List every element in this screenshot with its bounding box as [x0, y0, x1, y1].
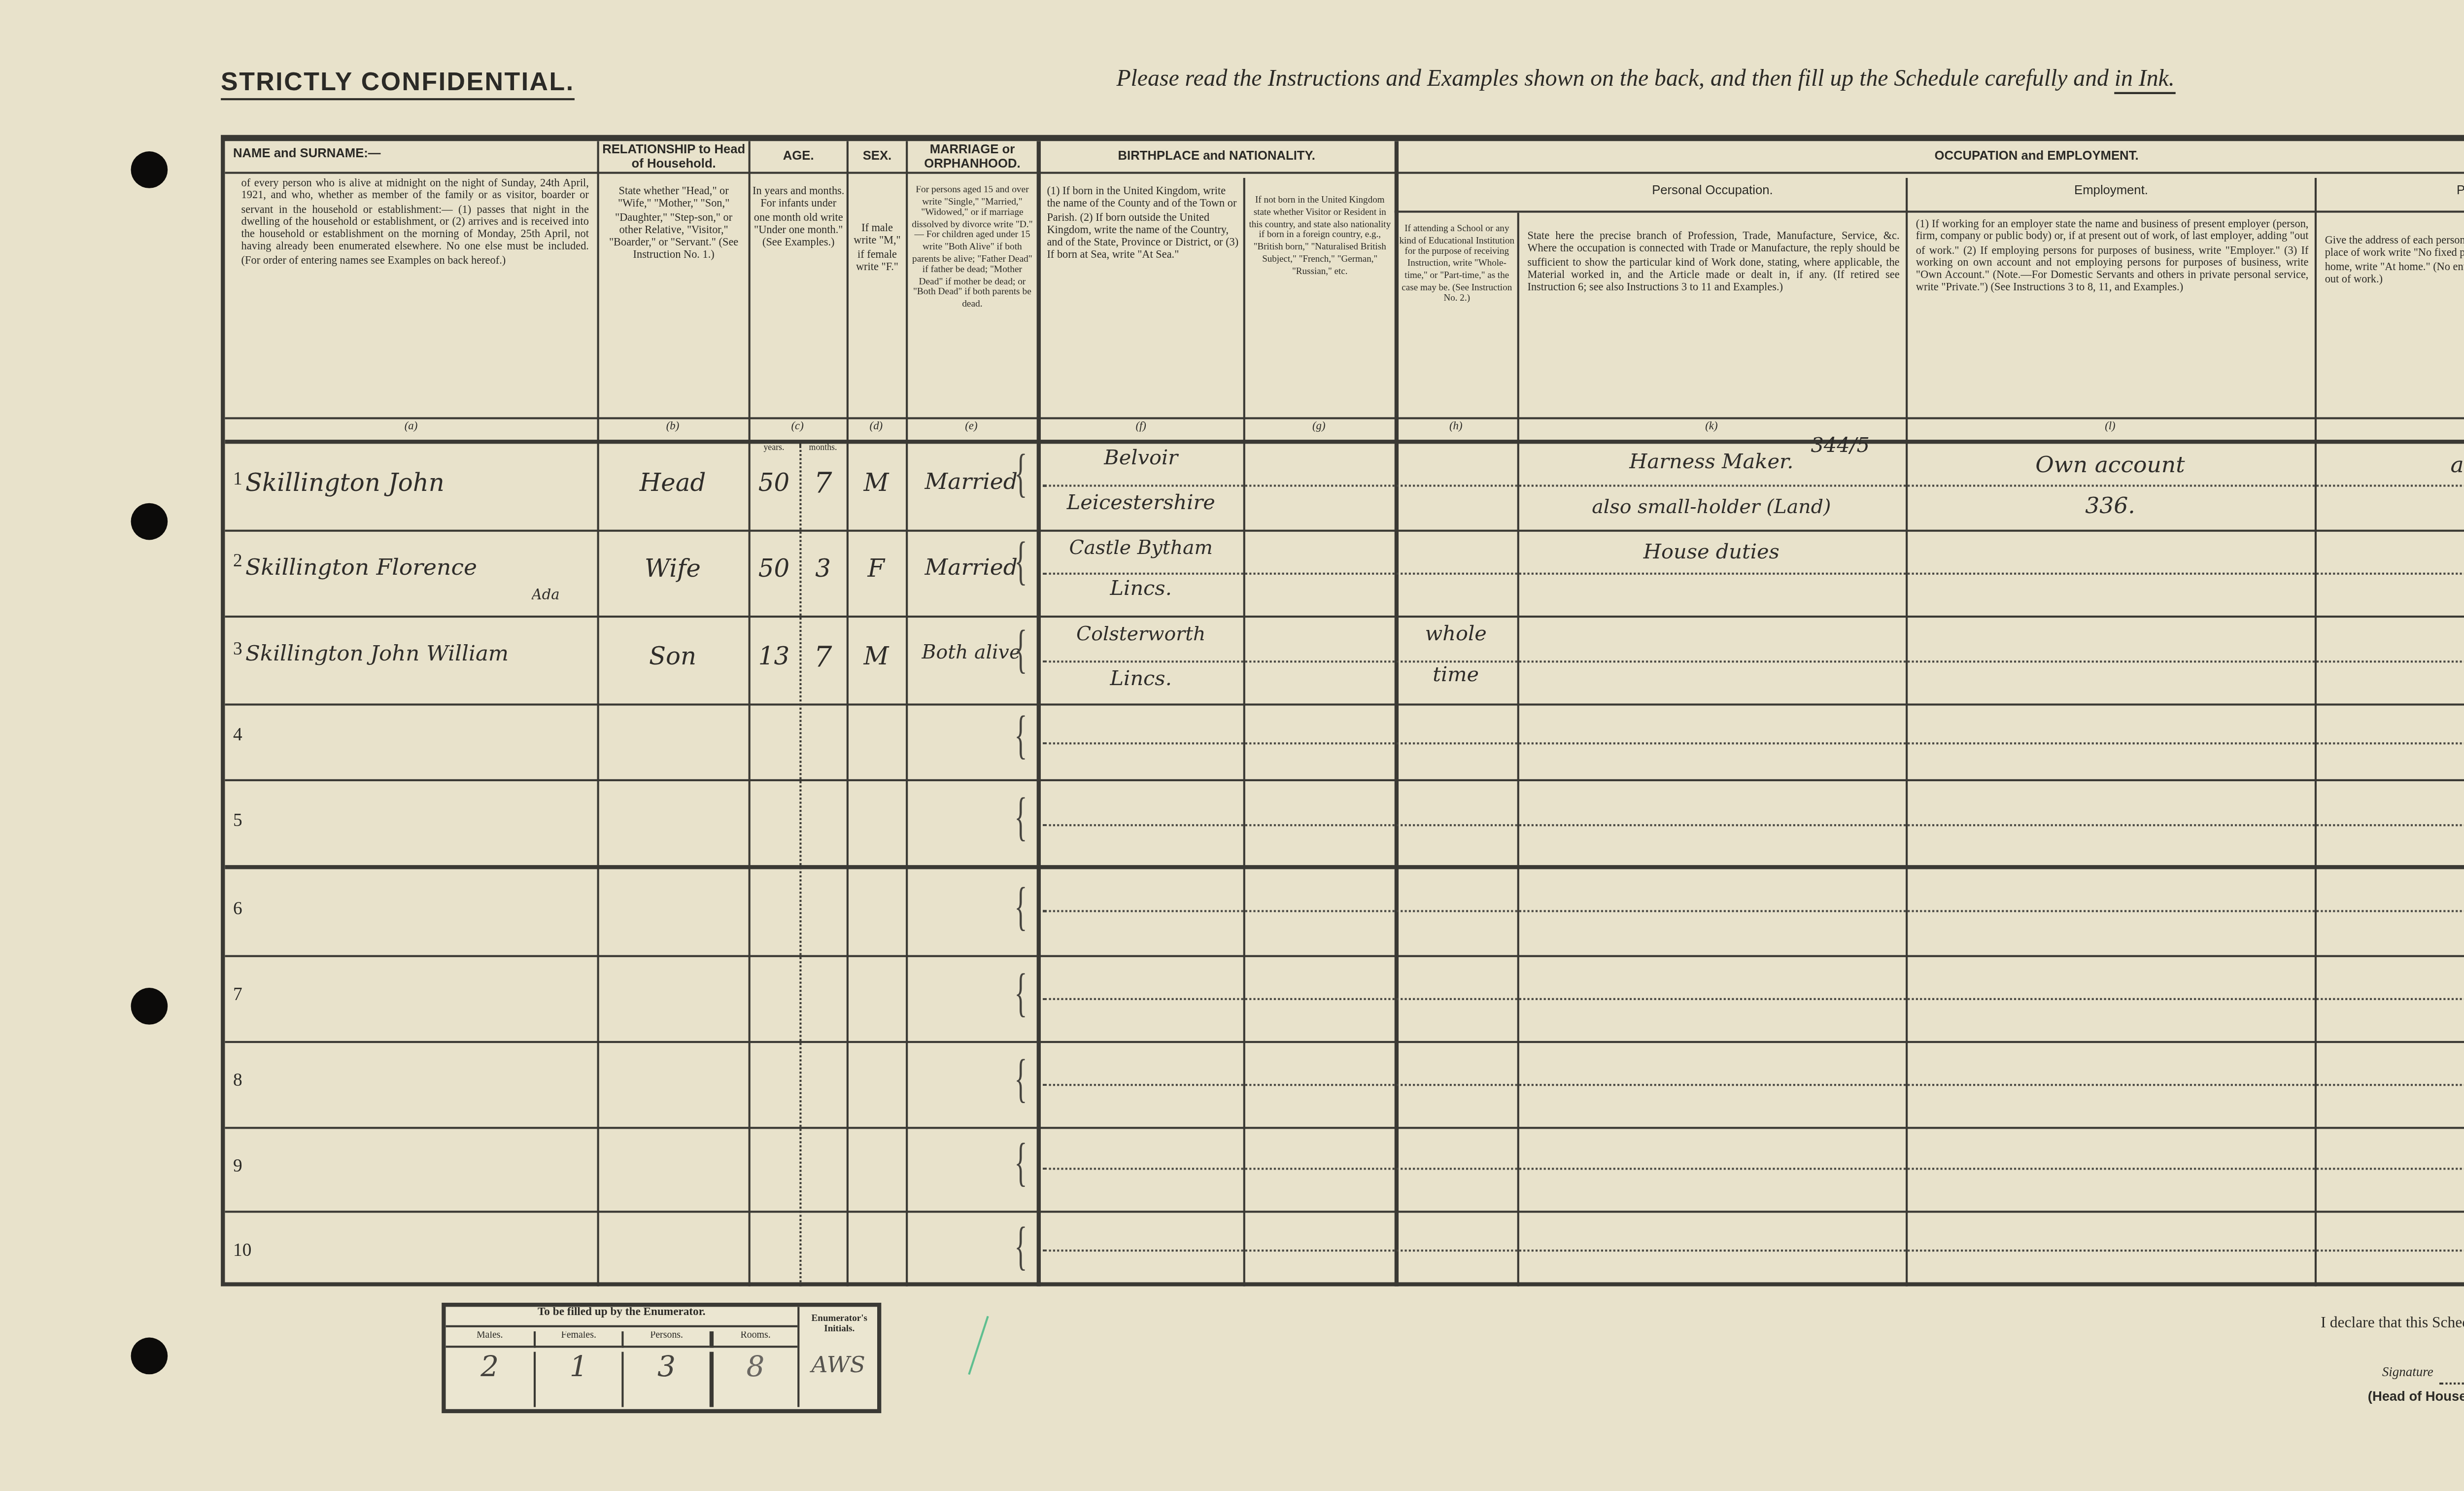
col-d-instructions: If male write "M," if female write "F." — [851, 223, 904, 407]
row3-age-years[interactable]: 13 — [749, 642, 800, 671]
row1-place-of-work[interactable]: at home — [2319, 452, 2464, 479]
col-b-instructions: State whether "Head," or "Wife," "Mother… — [603, 186, 744, 411]
row2-occupation[interactable]: House duties — [1521, 542, 1902, 565]
row-number: 8 — [233, 1070, 242, 1090]
row-number: 9 — [233, 1155, 242, 1176]
row-number: 6 — [233, 898, 242, 918]
row2-birthplace-town[interactable]: Castle Bytham — [1043, 538, 1239, 560]
enum-col-persons: Persons. — [621, 1331, 709, 1348]
punch-hole-icon — [131, 1338, 168, 1375]
col-m-title: Place of Work. — [2317, 184, 2464, 198]
col-g-label: (g) — [1243, 421, 1395, 434]
brace-icon: { — [1015, 1221, 1027, 1274]
col-h-label: (h) — [1395, 421, 1517, 434]
brace-icon: { — [1015, 968, 1027, 1021]
row1-birthplace-town[interactable]: Belvoir — [1043, 448, 1239, 471]
age-months-label: months. — [799, 442, 846, 452]
enum-males-value[interactable]: 2 — [446, 1352, 534, 1407]
row1-birthplace-county[interactable]: Leicestershire — [1043, 493, 1239, 516]
instruction-line: Please read the Instructions and Example… — [1116, 68, 2174, 92]
brace-icon: { — [1015, 624, 1027, 677]
brace-icon: { — [1015, 536, 1027, 589]
enum-col-rooms: Rooms. — [710, 1331, 797, 1348]
row2-age-months[interactable]: 3 — [799, 554, 846, 583]
row3-birthplace-county[interactable]: Lincs. — [1043, 669, 1239, 692]
row1-occupation-code: 344/5 — [1779, 436, 1902, 458]
enumerator-totals-box: To be filled up by the Enumerator. Enume… — [442, 1303, 881, 1413]
col-g-instructions: If not born in the United Kingdom state … — [1247, 194, 1393, 409]
declaration-text: I declare that this Schedule is correctl… — [2321, 1313, 2464, 1331]
col-l-instructions: (1) If working for an employer state the… — [1916, 219, 2309, 415]
enumerator-initials[interactable]: AWS — [797, 1352, 879, 1379]
row2-name[interactable]: Skillington Florence — [245, 554, 593, 581]
instruction-text: Please read the Instructions and Example… — [1116, 68, 2114, 92]
row2-relationship[interactable]: Wife — [597, 554, 749, 583]
col-a-label: (a) — [225, 421, 597, 434]
row-number: 5 — [233, 810, 242, 830]
punch-hole-icon — [131, 151, 168, 188]
brace-icon: { — [1015, 710, 1027, 763]
col-m-instructions: Give the address of each person's place … — [2325, 235, 2464, 399]
row1-occupation-secondary[interactable]: also small-holder (Land) — [1521, 497, 1902, 520]
col-e-title: MARRIAGE or ORPHANHOOD. — [908, 143, 1036, 172]
col-a-title: NAME and SURNAME:— — [233, 147, 581, 162]
enum-col-males: Males. — [446, 1331, 534, 1348]
col-k-instructions: State here the precise branch of Profess… — [1527, 231, 1899, 415]
col-e-instructions: For persons aged 15 and over write "Sing… — [910, 186, 1034, 416]
row2-birthplace-county[interactable]: Lincs. — [1043, 579, 1239, 601]
col-k-label: (k) — [1517, 421, 1906, 434]
row2-age-years[interactable]: 50 — [749, 554, 800, 583]
punch-hole-icon — [131, 988, 168, 1025]
row1-age-years[interactable]: 50 — [749, 468, 800, 497]
strictly-confidential-heading: STRICTLY CONFIDENTIAL. — [221, 68, 575, 100]
punch-hole-icon — [131, 503, 168, 540]
row-number: 3 — [233, 638, 242, 659]
age-years-label: years. — [749, 442, 800, 452]
row-number: 2 — [233, 550, 242, 570]
row3-name[interactable]: Skillington John William — [245, 642, 597, 667]
col-d-label: (d) — [847, 421, 906, 434]
household-schedule-table: NAME and SURNAME:— of every person who i… — [221, 135, 2464, 1286]
birthplace-group-title: BIRTHPLACE and NATIONALITY. — [1039, 149, 1395, 164]
row2-name-extra: Ada — [532, 587, 593, 603]
brace-icon: { — [1015, 792, 1027, 845]
signature-caption: (Head of Household, Manager of Establish… — [2368, 1390, 2464, 1405]
row-number: 4 — [233, 724, 242, 744]
signature-dotted-line — [2439, 1383, 2464, 1385]
col-c-title: AGE. — [751, 149, 847, 164]
col-b-label: (b) — [597, 421, 749, 434]
col-l-label: (l) — [1906, 421, 2315, 434]
enum-females-value[interactable]: 1 — [534, 1352, 621, 1407]
signature-label: Signature — [2382, 1366, 2433, 1381]
col-c-instructions: In years and months. For infants under o… — [753, 186, 845, 411]
brace-icon: { — [1015, 1137, 1027, 1190]
row-number: 7 — [233, 984, 242, 1004]
row1-employment-code: 336. — [1910, 493, 2310, 520]
row3-relationship[interactable]: Son — [597, 642, 749, 671]
row-number: 1 — [233, 468, 242, 488]
col-b-title: RELATIONSHIP to Head of Household. — [599, 143, 749, 172]
signature-line: Signature J. Skillington — [2382, 1364, 2464, 1381]
brace-icon: { — [1015, 1053, 1027, 1107]
col-h-instructions: If attending a School or any kind of Edu… — [1399, 223, 1515, 411]
col-k-title: Personal Occupation. — [1519, 184, 1906, 198]
occupation-group-title: OCCUPATION and EMPLOYMENT. — [1395, 149, 2464, 164]
col-c-label: (c) — [749, 421, 847, 434]
row3-birthplace-town[interactable]: Colsterworth — [1043, 624, 1239, 647]
row1-relationship[interactable]: Head — [597, 468, 749, 497]
col-e-label: (e) — [906, 421, 1037, 434]
row2-sex[interactable]: F — [847, 554, 906, 583]
instruction-emphasis: in Ink. — [2115, 68, 2175, 94]
row1-age-months[interactable]: 7 — [799, 468, 846, 501]
brace-icon: { — [1015, 448, 1027, 501]
brace-icon: { — [1015, 881, 1027, 935]
row3-sex[interactable]: M — [847, 642, 906, 671]
row1-sex[interactable]: M — [847, 468, 906, 497]
enum-box-header: To be filled up by the Enumerator. — [446, 1307, 798, 1327]
col-m-label: (m) — [2315, 421, 2464, 434]
census-schedule-page: STRICTLY CONFIDENTIAL. Please read the I… — [0, 0, 2464, 1491]
col-f-instructions: (1) If born in the United Kingdom, write… — [1047, 186, 1239, 411]
col-d-title: SEX. — [849, 149, 906, 164]
row1-name[interactable]: Skillington John — [245, 468, 593, 497]
row1-employment[interactable]: Own account — [1910, 452, 2310, 479]
col-f-label: (f) — [1039, 421, 1243, 434]
row3-education-2[interactable]: time — [1395, 664, 1517, 687]
row-number: 10 — [233, 1239, 251, 1259]
col-a-instructions: of every person who is alive at midnight… — [241, 178, 589, 413]
green-tick-mark — [968, 1316, 991, 1376]
row3-age-months[interactable]: 7 — [799, 642, 846, 675]
col-l-title: Employment. — [1908, 184, 2315, 198]
enum-rooms-value[interactable]: 8 — [710, 1352, 797, 1407]
enum-col-females: Females. — [534, 1331, 621, 1348]
row3-education-1[interactable]: whole — [1395, 624, 1517, 647]
enum-persons-value[interactable]: 3 — [621, 1352, 709, 1407]
